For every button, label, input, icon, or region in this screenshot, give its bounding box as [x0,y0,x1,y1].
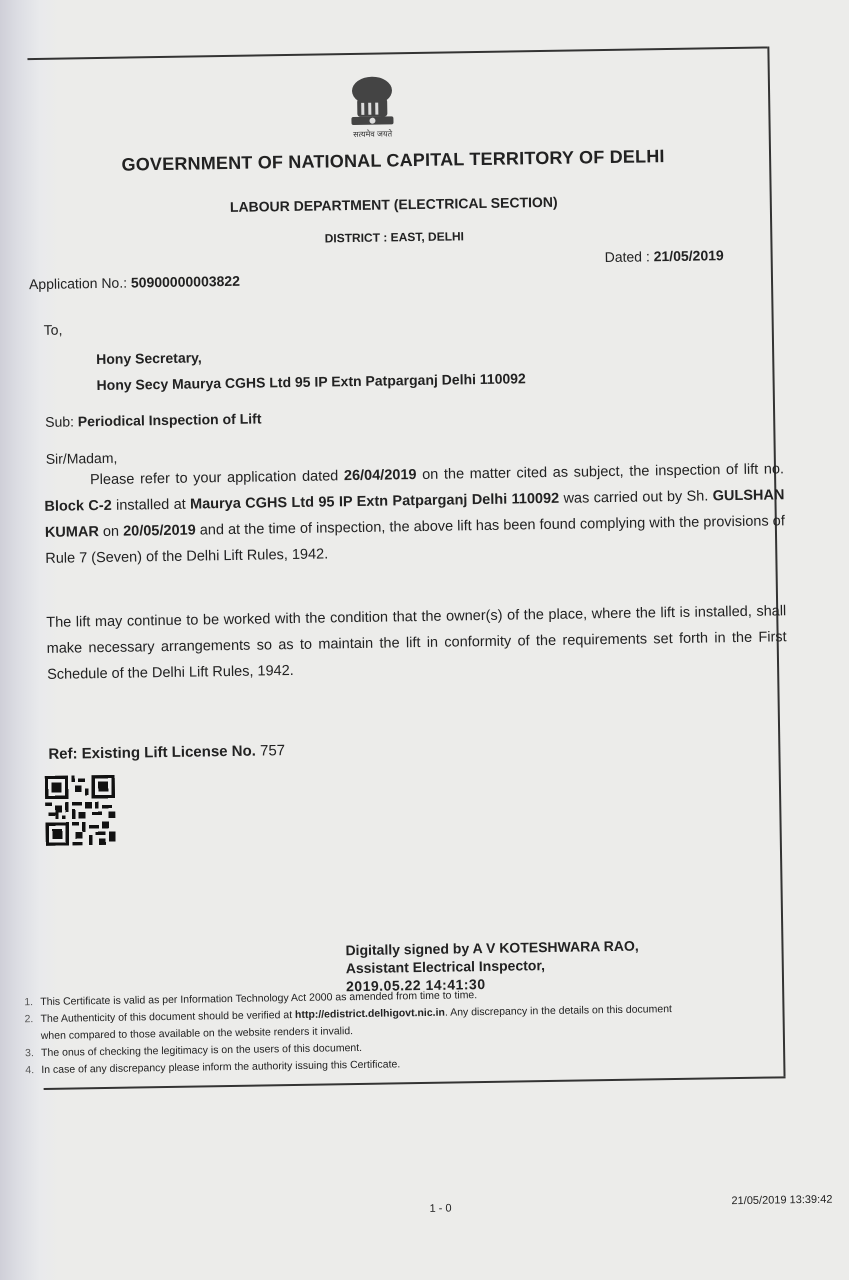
note-text-part: The Authenticity of this document should… [40,1009,295,1025]
frame-border-bottom [44,1076,786,1090]
p1-text: and at the time of inspection, the above… [45,513,785,567]
recipient-title: Hony Secretary, [96,349,202,367]
p1-text: on the matter cited as subject, the insp… [416,461,784,483]
to-line: To, [44,322,63,338]
application-label: Application No.: [29,275,127,293]
dated-label: Dated : [605,248,650,265]
recipient-address: Hony Secy Maurya CGHS Ltd 95 IP Extn Pat… [96,370,525,393]
inspection-date: 20/05/2019 [123,523,196,540]
body-paragraph-1: Please refer to your application dated 2… [44,456,786,572]
note-number: 2. [24,1011,40,1028]
reference-label: Ref: Existing Lift License No. [48,743,256,763]
note-number: 4. [25,1062,41,1079]
subject-line: Sub: Periodical Inspection of Lift [45,410,262,429]
subject-label: Sub: [45,413,74,429]
license-number: 757 [260,742,285,759]
department-heading: LABOUR DEPARTMENT (ELECTRICAL SECTION) [54,191,734,218]
notes-list: 1.This Certificate is valid as per Infor… [24,982,815,1079]
reference-line: Ref: Existing Lift License No. 757 [48,742,285,763]
p1-text: on [99,524,124,540]
application-value: 50900000003822 [131,273,240,291]
note-text-part: . Any discrepancy in the details on this… [445,1003,672,1019]
print-timestamp: 21/05/2019 13:39:42 [731,1194,832,1208]
application-number: Application No.: 50900000003822 [29,273,240,292]
p1-text: Please refer to your application dated [90,468,344,488]
frame-border-right [767,46,785,1076]
p1-text: installed at [112,497,191,514]
salutation: Sir/Madam, [46,450,118,467]
verification-url: http://edistrict.delhigovt.nic.in [295,1007,445,1021]
note-number: 3. [25,1045,41,1062]
lift-location: Maurya CGHS Ltd 95 IP Extn Patparganj De… [190,491,559,513]
emblem-motto: सत्यमेव जयते [328,128,418,140]
page-number: 1 - 0 [429,1203,451,1215]
dated-value: 21/05/2019 [654,247,724,264]
lift-number: Block C-2 [44,498,111,515]
dated: Dated : 21/05/2019 [605,247,724,265]
district-heading: DISTRICT : EAST, DELHI [54,225,734,250]
qr-code-icon [45,775,116,846]
government-heading: GOVERNMENT OF NATIONAL CAPITAL TERRITORY… [53,145,733,177]
frame-border-top [27,46,767,60]
certificate-page: सत्यमेव जयते GOVERNMENT OF NATIONAL CAPI… [0,0,849,1280]
note-number: 1. [24,994,40,1011]
body-paragraph-2: The lift may continue to be worked with … [46,598,787,688]
application-date: 26/04/2019 [344,467,417,484]
subject-text: Periodical Inspection of Lift [78,410,262,429]
p1-text: was carried out by Sh. [559,488,713,506]
note-number-blank [25,1028,41,1045]
